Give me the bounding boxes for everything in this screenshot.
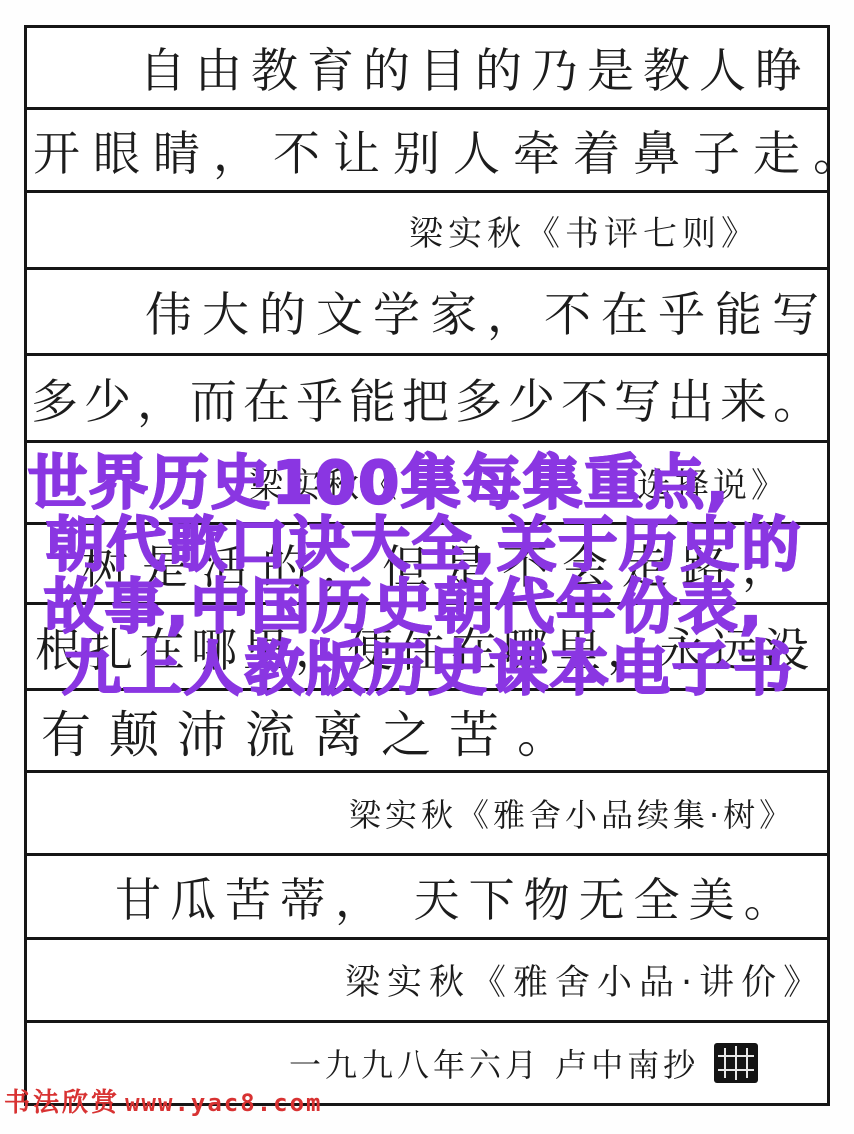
quote-text: 树是活的，但是不会走路， <box>82 531 802 597</box>
attribution-text: 梁实秋《雅舍小品·讲价》 <box>345 955 825 1005</box>
attribution-row: 梁实秋《雅舍小品续集·树》 <box>27 773 827 856</box>
calligraphy-row: 有颠沛流离之苦。 <box>27 691 827 773</box>
quote-text: 开眼睛，不让别人牵着鼻子走。 <box>33 117 854 184</box>
watermark-site-name: 书法欣赏 <box>4 1088 120 1118</box>
attribution-text: 梁实秋《雅舍小品续集·树》 <box>349 790 795 836</box>
quote-text: 伟大的文学家，不在乎能写 <box>145 278 829 345</box>
attribution-fragment-left: 梁实秋《 <box>249 458 401 507</box>
attribution-fragment-right: 选择说》 <box>637 458 789 507</box>
attribution-row-partially-hidden: 梁实秋《 选择说》 <box>27 443 827 525</box>
calligraphy-row: 根扎在哪里，便住在哪里，永远没 <box>27 605 827 691</box>
calligraphy-row: 伟大的文学家，不在乎能写 <box>27 270 827 356</box>
site-watermark: 书法欣赏 www.yac8.com <box>4 1082 323 1119</box>
calligraphy-row: 开眼睛，不让别人牵着鼻子走。 <box>27 110 827 193</box>
quote-text: 根扎在哪里，便住在哪里，永远没 <box>35 614 815 680</box>
attribution-row: 梁实秋《雅舍小品·讲价》 <box>27 940 827 1023</box>
calligraphy-row: 树是活的，但是不会走路， <box>27 525 827 605</box>
attribution-text: 梁实秋《书评七则》 <box>409 206 760 255</box>
watermark-url: www.yac8.com <box>125 1089 322 1117</box>
calligraphy-row: 甘瓜苦蒂， 天下物无全美。 <box>27 856 827 940</box>
quote-text: 有颠沛流离之苦。 <box>41 695 585 767</box>
attribution-row: 梁实秋《书评七则》 <box>27 193 827 270</box>
quote-text: 自由教育的目的乃是教人睁 <box>139 34 811 101</box>
calligraphy-row: 多少，而在乎能把多少不写出来。 <box>27 356 827 443</box>
signature-text: 一九九八年六月 卢中南抄 <box>289 1040 699 1086</box>
quote-text: 多少，而在乎能把多少不写出来。 <box>31 365 826 432</box>
scanned-page: 自由教育的目的乃是教人睁 开眼睛，不让别人牵着鼻子走。 梁实秋《书评七则》 伟大… <box>0 0 854 1134</box>
calligraphy-sheet: 自由教育的目的乃是教人睁 开眼睛，不让别人牵着鼻子走。 梁实秋《书评七则》 伟大… <box>24 25 830 1106</box>
quote-text: 甘瓜苦蒂， 天下物无全美。 <box>115 864 799 930</box>
calligrapher-seal-icon <box>713 1042 759 1084</box>
calligraphy-row: 自由教育的目的乃是教人睁 <box>27 28 827 110</box>
